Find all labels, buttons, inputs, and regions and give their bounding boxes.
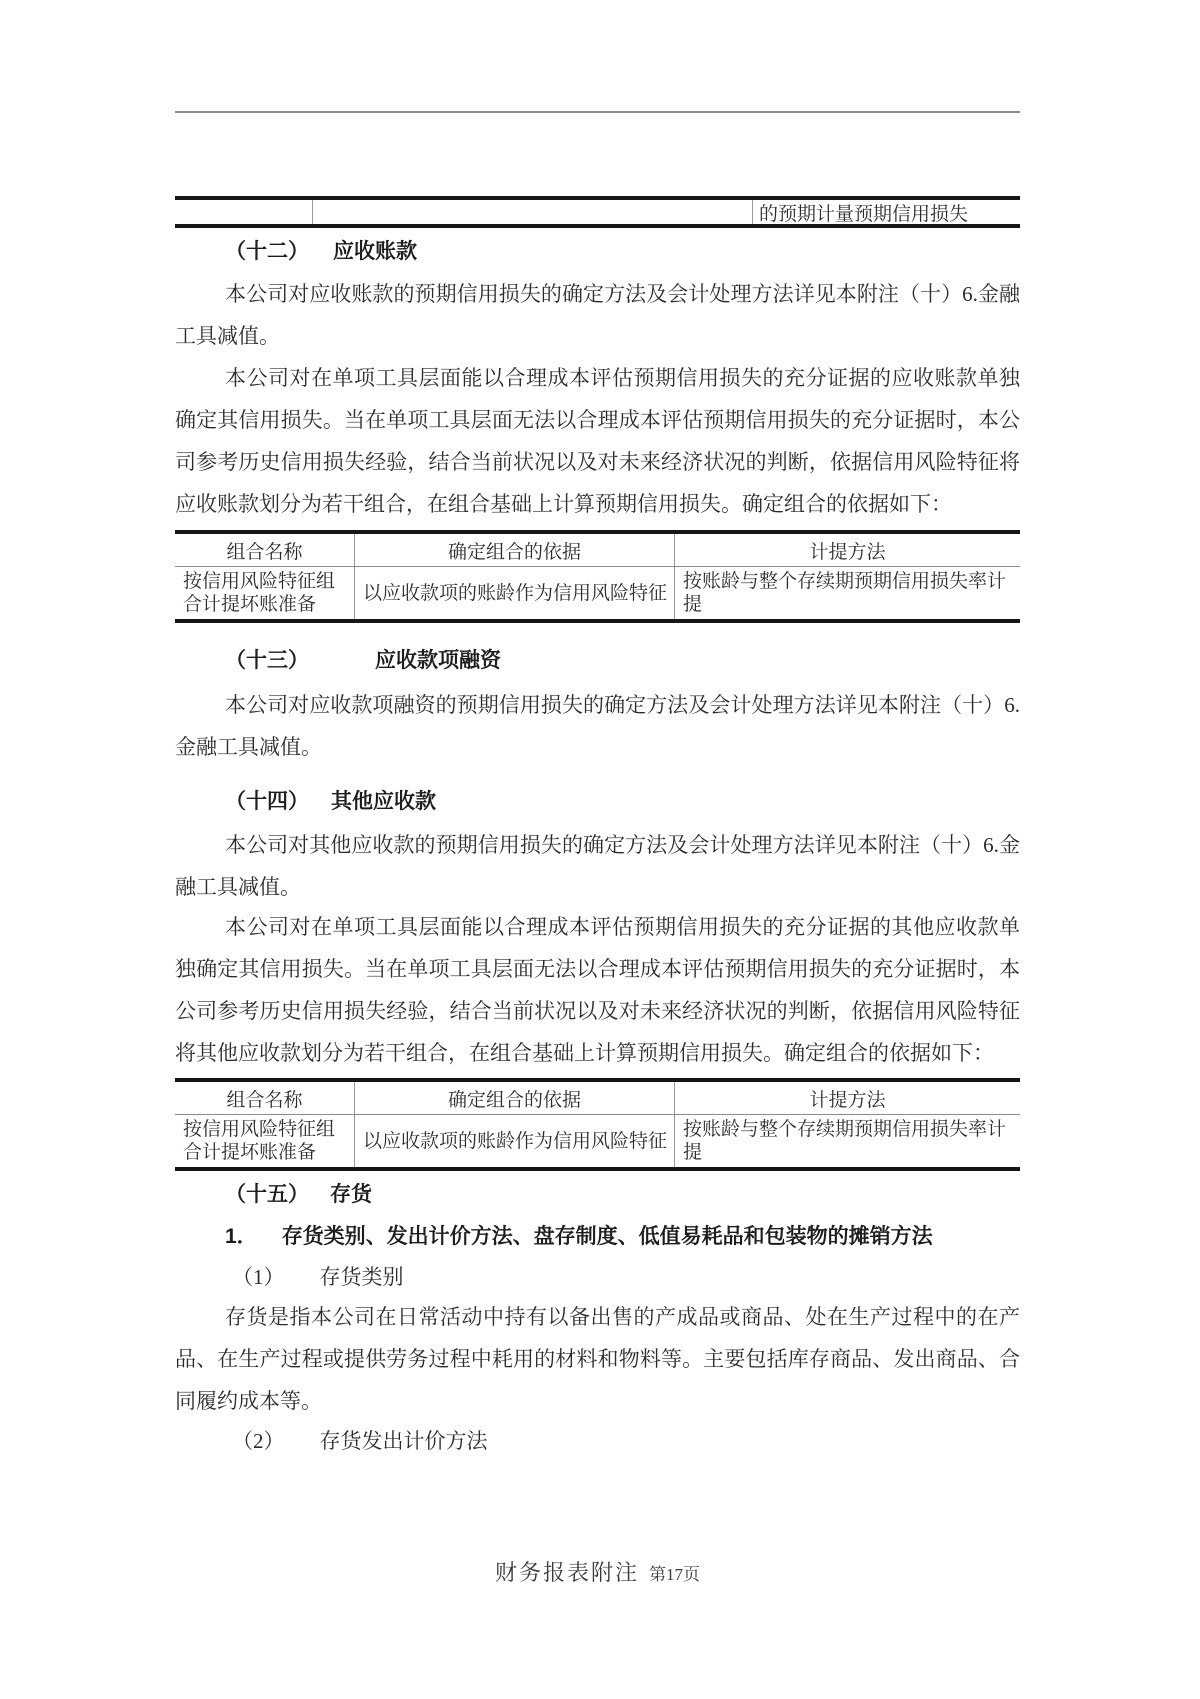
table-cell: 按账龄与整个存续期预期信用损失率计提	[675, 1115, 1020, 1167]
section-title: 其他应收款	[331, 790, 436, 813]
table-cell: 的预期计量预期信用损失	[753, 199, 1020, 226]
section-number: （十二）	[225, 240, 309, 263]
section-heading-14: （十四）其他应收款	[175, 781, 1020, 823]
section-heading-15: （十五）存货	[175, 1174, 1020, 1216]
subsection-number: 1．	[225, 1225, 258, 1248]
section-heading-12: （十二）应收账款	[175, 231, 1020, 273]
header-rule	[175, 111, 1020, 113]
table-cell	[313, 200, 753, 224]
table-cell	[175, 200, 313, 224]
item-title: 存货发出计价方法	[320, 1429, 488, 1453]
paragraph: 本公司对应收账款的预期信用损失的确定方法及会计处理方法详见本附注（十）6.金融工…	[175, 273, 1020, 357]
item-title: 存货类别	[320, 1265, 404, 1289]
combo-table-2: 组合名称 确定组合的依据 计提方法 按信用风险特征组合计提坏账准备 以应收款项的…	[175, 1078, 1020, 1171]
section-number: （十三）	[225, 649, 309, 672]
combo-table-1: 组合名称 确定组合的依据 计提方法 按信用风险特征组合计提坏账准备 以应收款项的…	[175, 530, 1020, 623]
document-page: 的预期计量预期信用损失 （十二）应收账款 本公司对应收账款的预期信用损失的确定方…	[0, 0, 1200, 1699]
section-heading-13: （十三）应收款项融资	[175, 640, 1020, 682]
subsection-heading-1: 1．存货类别、发出计价方法、盘存制度、低值易耗品和包装物的摊销方法	[175, 1216, 1020, 1258]
section-title: 应收款项融资	[375, 649, 501, 672]
table-header-row: 组合名称 确定组合的依据 计提方法	[175, 534, 1020, 567]
table-cell: 以应收款项的账龄作为信用风险特征	[355, 567, 675, 619]
table-row: 的预期计量预期信用损失	[175, 200, 1020, 224]
paragraph: 存货是指本公司在日常活动中持有以备出售的产成品或商品、处在生产过程中的在产品、在…	[175, 1296, 1020, 1422]
table-cell-text: 以应收款项的账龄作为信用风险特征	[363, 582, 667, 605]
table-header-cell: 确定组合的依据	[355, 1082, 675, 1114]
table-row: 按信用风险特征组合计提坏账准备 以应收款项的账龄作为信用风险特征 按账龄与整个存…	[175, 567, 1020, 619]
table-header-cell: 组合名称	[175, 534, 355, 566]
section-number: （十五）	[225, 1183, 309, 1206]
paragraph: 本公司对在单项工具层面能以合理成本评估预期信用损失的充分证据的应收账款单独确定其…	[175, 357, 1020, 525]
table-cell: 以应收款项的账龄作为信用风险特征	[355, 1115, 675, 1167]
footer-title: 财务报表附注	[495, 1560, 639, 1585]
subsection-title: 存货类别、发出计价方法、盘存制度、低值易耗品和包装物的摊销方法	[282, 1225, 933, 1248]
table-cell: 按信用风险特征组合计提坏账准备	[175, 1115, 355, 1167]
list-item-1: （1）存货类别	[175, 1256, 1020, 1298]
table-header-cell: 计提方法	[675, 1082, 1020, 1114]
page-footer: 财务报表附注第17页	[175, 1558, 1020, 1591]
carryover-table: 的预期计量预期信用损失	[175, 196, 1020, 228]
paragraph: 本公司对在单项工具层面能以合理成本评估预期信用损失的充分证据的其他应收款单独确定…	[175, 906, 1020, 1074]
table-header-row: 组合名称 确定组合的依据 计提方法	[175, 1082, 1020, 1115]
section-title: 存货	[330, 1183, 372, 1206]
section-title: 应收账款	[333, 240, 417, 263]
table-row: 按信用风险特征组合计提坏账准备 以应收款项的账龄作为信用风险特征 按账龄与整个存…	[175, 1115, 1020, 1167]
table-header-cell: 确定组合的依据	[355, 534, 675, 566]
item-number: （2）	[232, 1429, 285, 1453]
item-number: （1）	[232, 1265, 285, 1289]
footer-page-number: 第17页	[649, 1565, 700, 1584]
table-cell: 按账龄与整个存续期预期信用损失率计提	[675, 567, 1020, 619]
section-number: （十四）	[225, 790, 309, 813]
paragraph: 本公司对应收款项融资的预期信用损失的确定方法及会计处理方法详见本附注（十）6. …	[175, 684, 1020, 768]
paragraph: 本公司对其他应收款的预期信用损失的确定方法及会计处理方法详见本附注（十）6.金融…	[175, 824, 1020, 908]
table-header-cell: 计提方法	[675, 534, 1020, 566]
table-cell-text: 以应收款项的账龄作为信用风险特征	[363, 1130, 667, 1153]
table-cell: 按信用风险特征组合计提坏账准备	[175, 567, 355, 619]
table-header-cell: 组合名称	[175, 1082, 355, 1114]
list-item-2: （2）存货发出计价方法	[175, 1420, 1020, 1462]
